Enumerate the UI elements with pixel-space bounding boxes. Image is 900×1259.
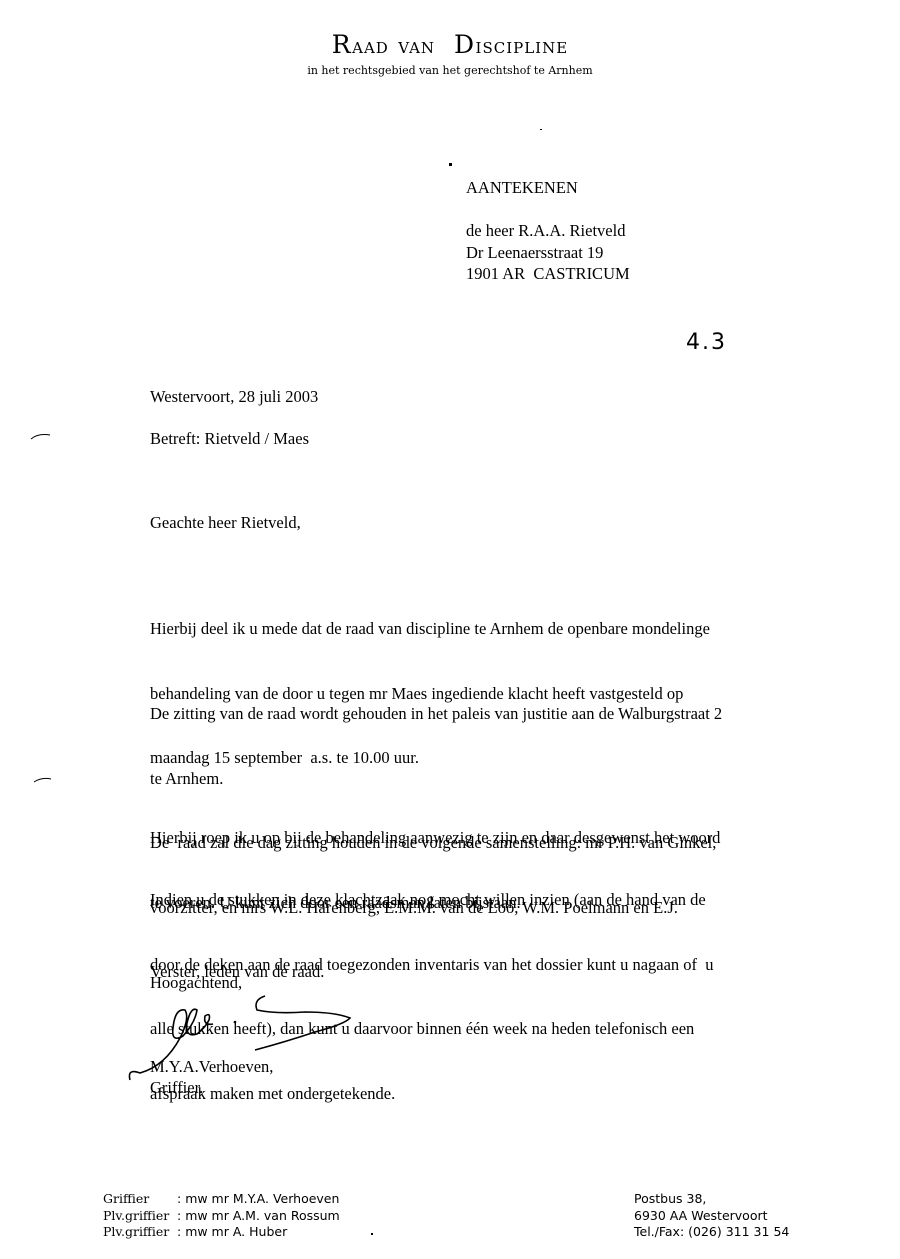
- subject-line: Betreft: Rietveld / Maes: [150, 428, 309, 450]
- recipient-city: 1901 AR CASTRICUM: [466, 263, 630, 285]
- paragraph-line: Hierbij deel ik u mede dat de raad van d…: [150, 618, 710, 640]
- signatory-name: M.Y.A.Verhoeven,: [150, 1056, 273, 1078]
- staff-value: mw mr M.Y.A. Verhoeven: [185, 1191, 339, 1206]
- place-date: Westervoort, 28 juli 2003: [150, 386, 318, 408]
- mailing-method: AANTEKENEN: [466, 177, 578, 199]
- footer-phone: Tel./Fax: (026) 311 31 54: [634, 1224, 789, 1241]
- signatory-title: Griffier.: [150, 1077, 203, 1099]
- paragraph-line: De zitting van de raad wordt gehouden in…: [150, 703, 722, 725]
- staff-sep: :: [177, 1191, 185, 1206]
- letterhead-title: RAAD VAN DISCIPLINE: [0, 30, 900, 59]
- letterhead-initial-d: D: [454, 30, 476, 59]
- staff-sep: :: [177, 1224, 185, 1239]
- footer-postbus: Postbus 38,: [634, 1191, 789, 1208]
- footer-staff-row: Griffier: mw mr M.Y.A. Verhoeven: [103, 1191, 340, 1208]
- staff-label: Plv.griffier: [103, 1208, 177, 1225]
- footer-staff-row: Plv.griffier: mw mr A.M. van Rossum: [103, 1208, 340, 1225]
- salutation: Geachte heer Rietveld,: [150, 512, 301, 534]
- letterhead-raad-rest: AAD: [352, 39, 389, 57]
- staff-value: mw mr A. Huber: [185, 1224, 287, 1239]
- footer-staff: Griffier: mw mr M.Y.A. Verhoeven Plv.gri…: [103, 1191, 340, 1241]
- letterhead-discipline-rest: ISCIPLINE: [476, 39, 569, 57]
- letterhead-van: VAN: [398, 39, 435, 57]
- paragraph-line: Indien u de stukken in deze klachtzaak n…: [150, 889, 714, 911]
- footer-staff-row: Plv.griffier: mw mr A. Huber: [103, 1224, 340, 1241]
- staff-label: Griffier: [103, 1191, 177, 1208]
- recipient-name: de heer R.A.A. Rietveld: [466, 220, 630, 242]
- footer-postcode: 6930 AA Westervoort: [634, 1208, 789, 1225]
- recipient-street: Dr Leenaersstraat 19: [466, 242, 630, 264]
- scan-speck: [540, 129, 542, 130]
- staff-value: mw mr A.M. van Rossum: [185, 1208, 340, 1223]
- handwritten-note: 4.3: [686, 330, 727, 355]
- staff-label: Plv.griffier: [103, 1224, 177, 1241]
- staff-sep: :: [177, 1208, 185, 1223]
- scan-speck: [371, 1233, 373, 1235]
- scan-speck: [449, 163, 452, 166]
- recipient-address: de heer R.A.A. Rietveld Dr Leenaersstraa…: [466, 220, 630, 285]
- punch-mark: [30, 432, 52, 440]
- letterhead-subtitle: in het rechtsgebied van het gerechtshof …: [0, 64, 900, 77]
- punch-mark: [33, 776, 53, 784]
- footer-address: Postbus 38, 6930 AA Westervoort Tel./Fax…: [634, 1191, 789, 1241]
- letterhead-initial-r: R: [332, 30, 352, 59]
